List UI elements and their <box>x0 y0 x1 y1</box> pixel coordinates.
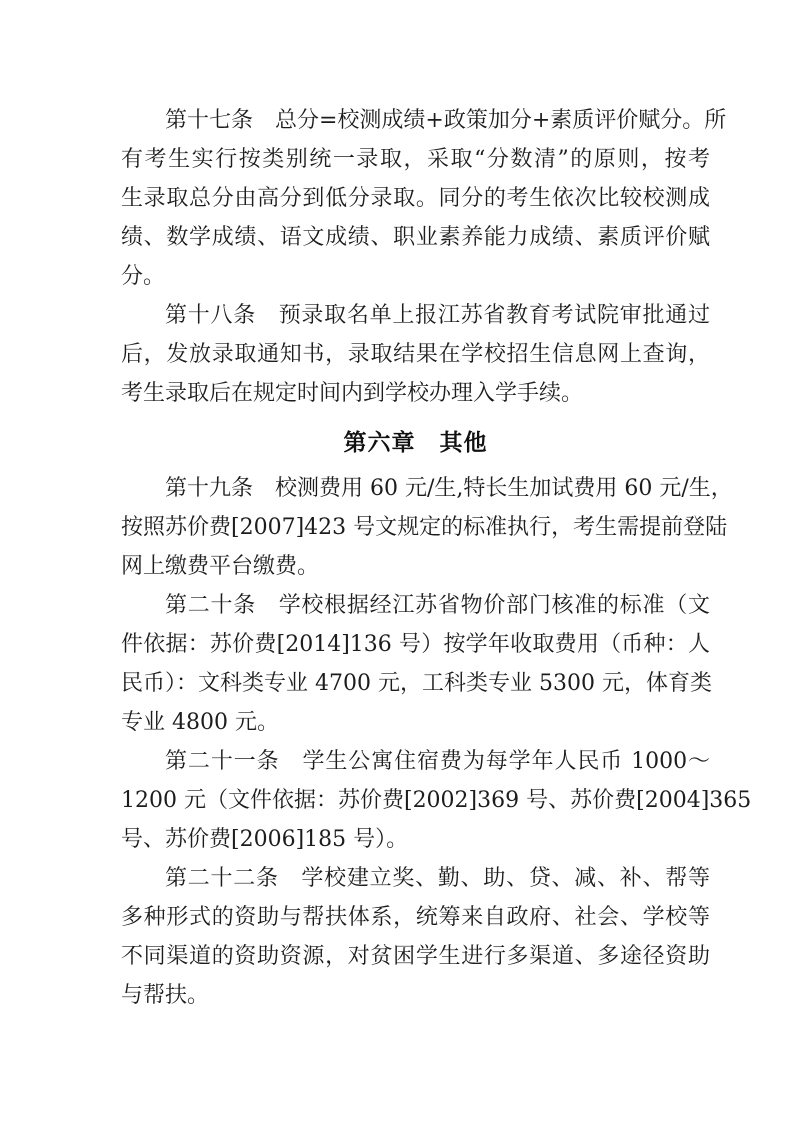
text-line: 按照苏价费[2007]423 号文规定的标准执行，考生需提前登陆 <box>121 508 710 547</box>
chapter-heading: 第六章 其他 <box>121 421 710 465</box>
text-line: 第十九条 校测费用 60 元/生,特长生加试费用 60 元/生， <box>121 469 710 508</box>
text-line: 分。 <box>121 257 710 296</box>
text-line: 第十八条 预录取名单上报江苏省教育考试院审批通过 <box>121 296 710 335</box>
text-line: 网上缴费平台缴费。 <box>121 547 710 586</box>
text-line: 与帮扶。 <box>121 976 710 1015</box>
text-line: 1200 元（文件依据：苏价费[2002]369 号、苏价费[2004]365 <box>121 781 710 820</box>
text-line: 考生录取后在规定时间内到学校办理入学手续。 <box>121 374 710 413</box>
text-line: 第二十一条 学生公寓住宿费为每学年人民币 1000～ <box>121 742 710 781</box>
text-line: 不同渠道的资助资源，对贫困学生进行多渠道、多途径资助 <box>121 937 710 976</box>
document-page: 第十七条 总分=校测成绩+政策加分+素质评价赋分。所 有考生实行按类别统一录取，… <box>0 0 793 1122</box>
text-line: 多种形式的资助与帮扶体系，统筹来自政府、社会、学校等 <box>121 898 710 937</box>
text-line: 生录取总分由高分到低分录取。同分的考生依次比较校测成 <box>121 179 710 218</box>
text-line: 民币）：文科类专业 4700 元，工科类专业 5300 元，体育类 <box>121 664 710 703</box>
page-content: 第十七条 总分=校测成绩+政策加分+素质评价赋分。所 有考生实行按类别统一录取，… <box>121 101 710 1015</box>
text-line: 第二十条 学校根据经江苏省物价部门核准的标准（文 <box>121 586 710 625</box>
text-line: 专业 4800 元。 <box>121 703 710 742</box>
text-line: 有考生实行按类别统一录取，采取“分数清”的原则，按考 <box>121 140 710 179</box>
text-line: 后，发放录取通知书，录取结果在学校招生信息网上查询， <box>121 335 710 374</box>
text-line: 件依据：苏价费[2014]136 号）按学年收取费用（币种：人 <box>121 625 710 664</box>
text-line: 绩、数学成绩、语文成绩、职业素养能力成绩、素质评价赋 <box>121 218 710 257</box>
text-line: 号、苏价费[2006]185 号）。 <box>121 820 710 859</box>
text-line: 第十七条 总分=校测成绩+政策加分+素质评价赋分。所 <box>121 101 710 140</box>
text-line: 第二十二条 学校建立奖、勤、助、贷、减、补、帮等 <box>121 859 710 898</box>
